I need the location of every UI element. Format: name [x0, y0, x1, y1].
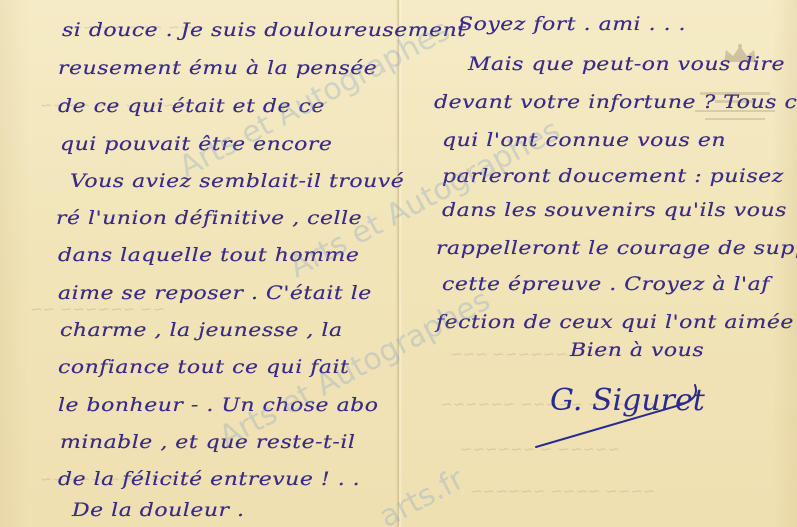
- letter-closing: Bien à vous: [570, 340, 704, 361]
- signature-text: G. Siguret: [550, 383, 705, 418]
- letter-line: Soyez fort . ami . . .: [458, 14, 686, 35]
- letter-line: minable , et que reste-t-il: [60, 432, 355, 453]
- letter-line: devant votre infortune ? Tous ceux: [434, 92, 797, 113]
- letter-line: charme , la jeunesse , la: [60, 320, 343, 341]
- letter-line: rappelleront le courage de supporter: [436, 238, 797, 259]
- letter-line: ré l'union définitive , celle: [56, 208, 362, 229]
- letter-line: de la félicité entrevue ! . .: [58, 469, 360, 490]
- letter-scan: ~~~ ~~~~ ~~~ ~~~~~ ~~ ~~~~ ~~ ~~~~~~ ~~ …: [0, 0, 797, 527]
- letter-line: cette épreuve . Croyez à l'af: [442, 274, 770, 295]
- signature: G. Siguret: [530, 375, 720, 455]
- letter-line: dans les souvenirs qu'ils vous: [442, 200, 787, 221]
- letter-line: Mais que peut-on vous dire: [468, 54, 785, 75]
- letter-line: Vous aviez semblait-il trouvé: [70, 171, 404, 192]
- letter-line: aime se reposer . C'était le: [58, 283, 372, 304]
- letter-line: De la douleur .: [72, 500, 245, 521]
